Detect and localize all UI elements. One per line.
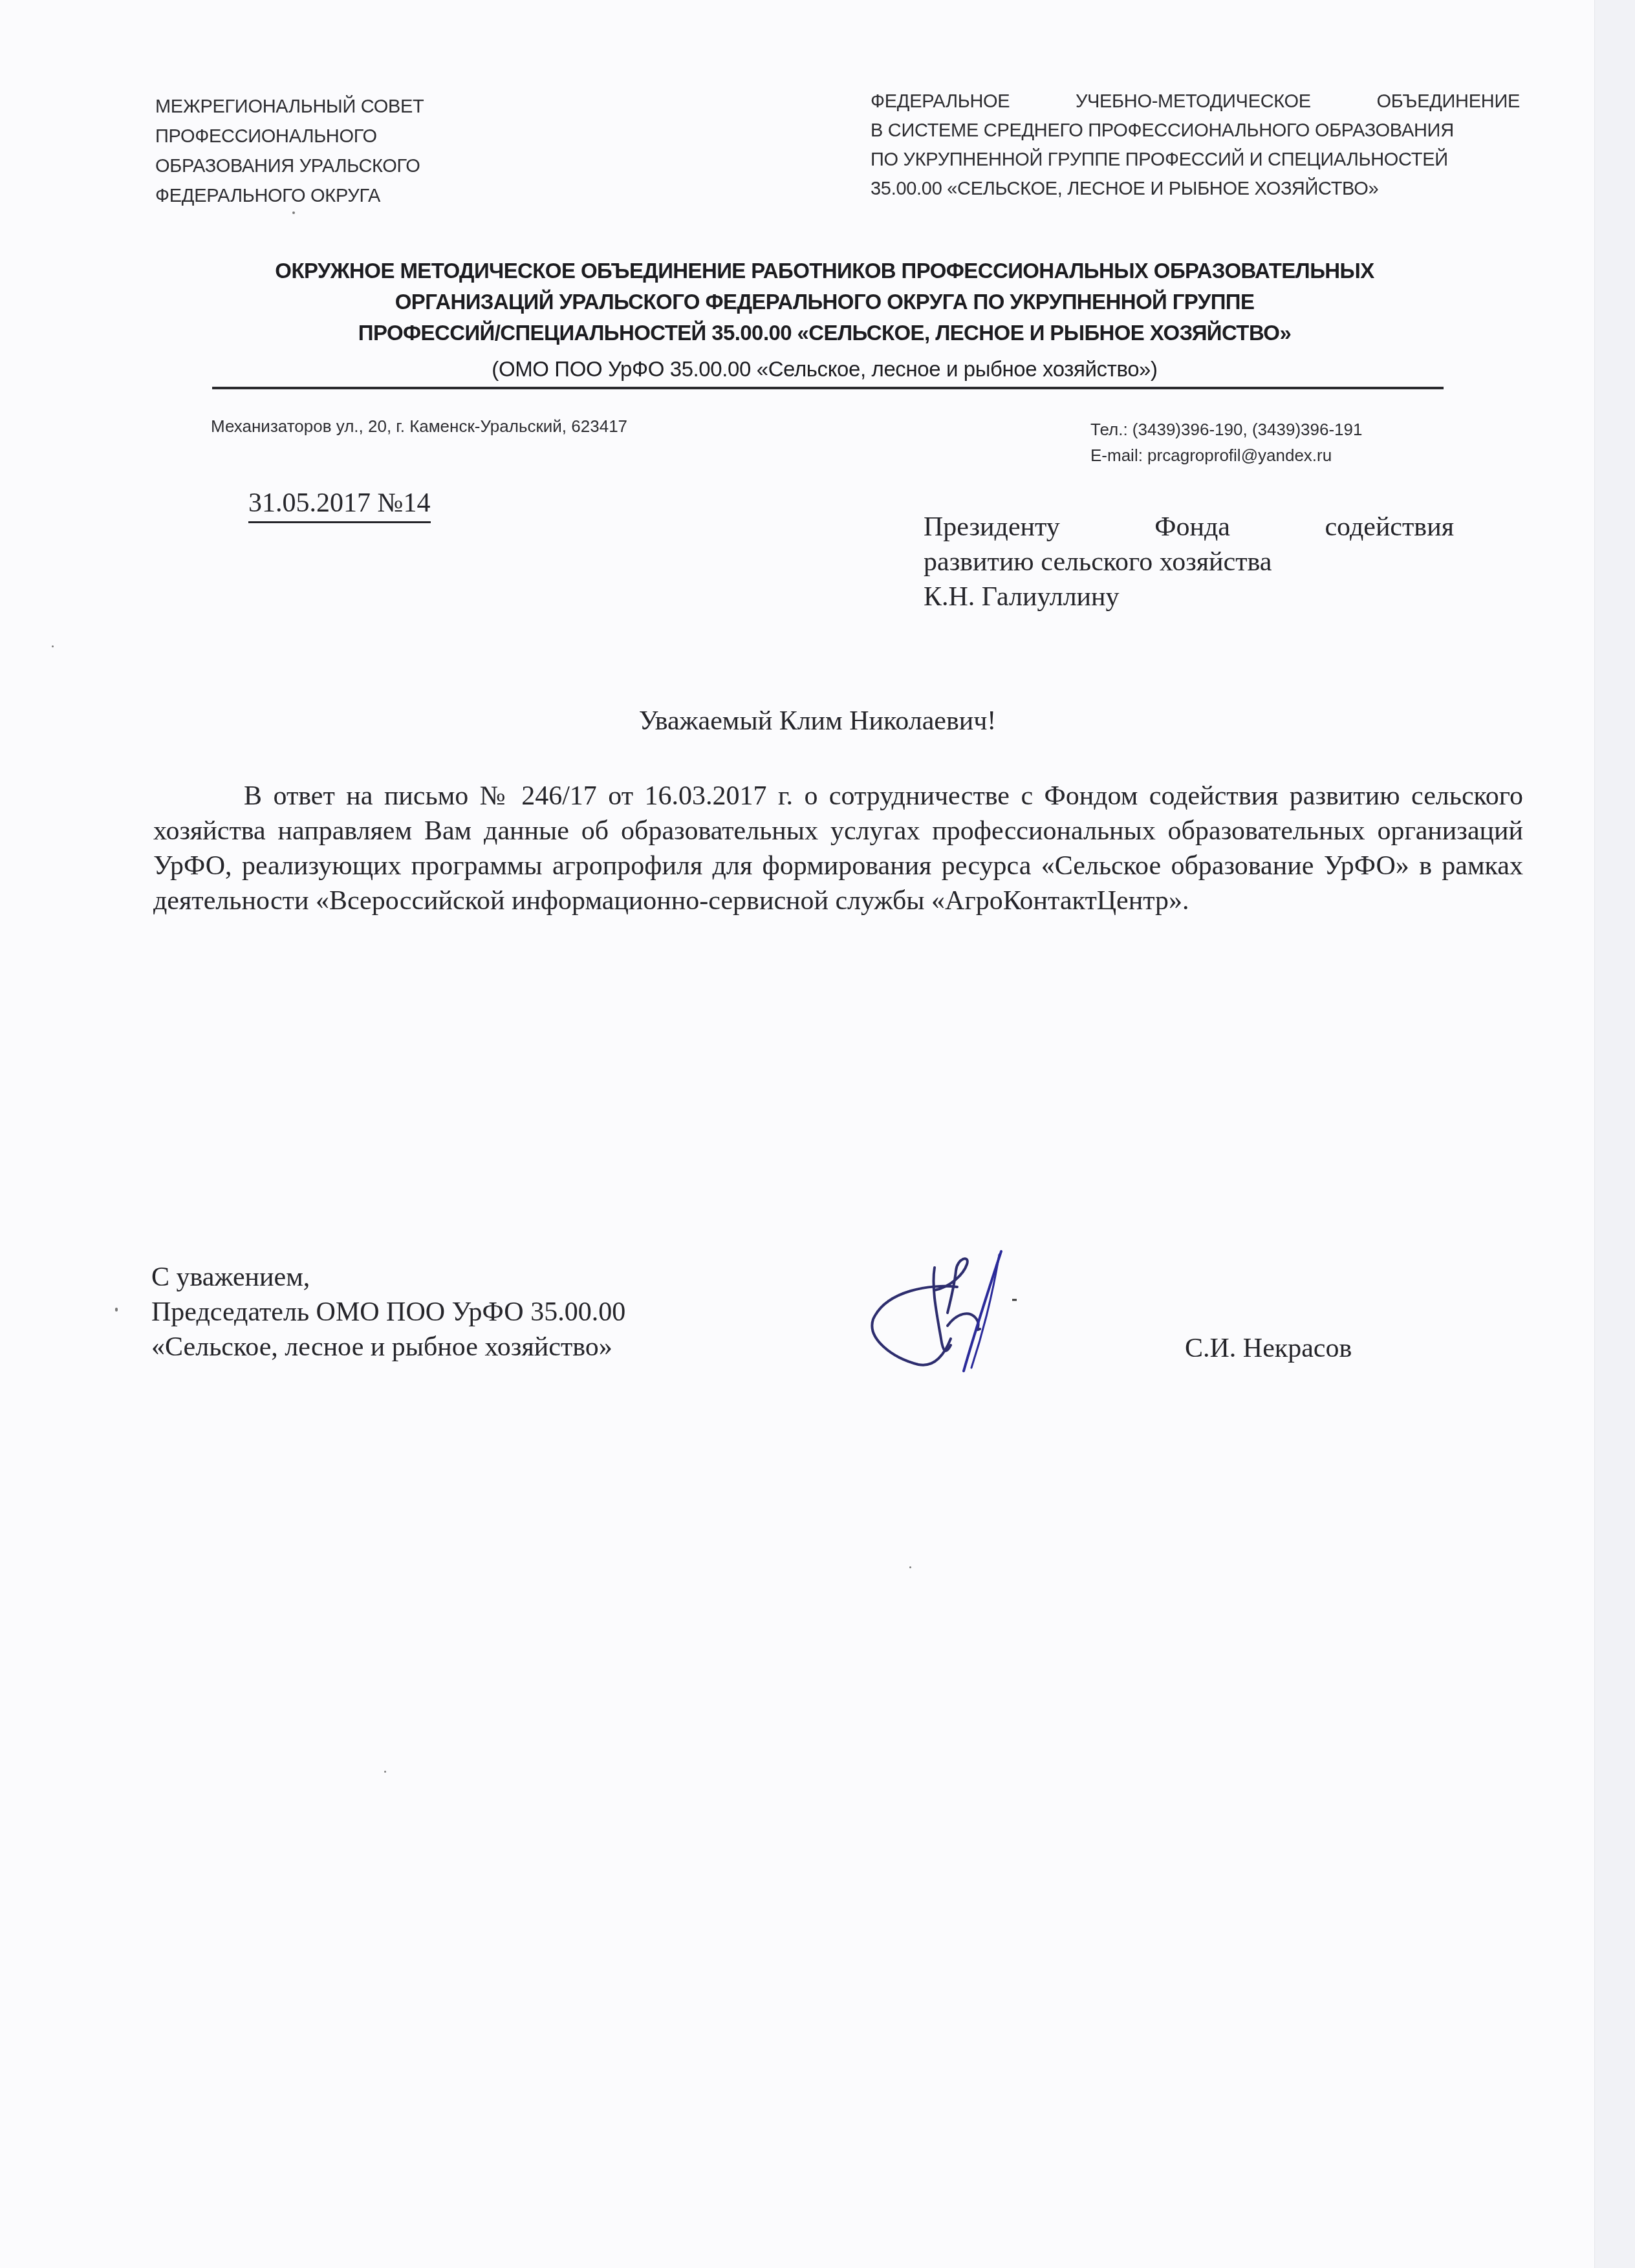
main-org-line: ОРГАНИЗАЦИЙ УРАЛЬСКОГО ФЕДЕРАЛЬНОГО ОКРУ… bbox=[194, 286, 1455, 318]
right-org-line: ФЕДЕРАЛЬНОЕ УЧЕБНО-МЕТОДИЧЕСКОЕ ОБЪЕДИНЕ… bbox=[871, 87, 1520, 116]
right-org-line: В СИСТЕМЕ СРЕДНЕГО ПРОФЕССИОНАЛЬНОГО ОБР… bbox=[871, 116, 1520, 146]
right-org-word: УЧЕБНО-МЕТОДИЧЕСКОЕ bbox=[1076, 87, 1311, 116]
main-org-abbreviation: (ОМО ПОО УрФО 35.00.00 «Сельское, лесное… bbox=[194, 354, 1455, 384]
signer-name: С.И. Некрасов bbox=[1185, 1331, 1352, 1366]
org-phone: Тел.: (3439)396-190, (3439)396-191 bbox=[1090, 416, 1362, 442]
addressee-line: Президенту Фонда содействия bbox=[924, 510, 1454, 545]
closing-line: Председатель ОМО ПОО УрФО 35.00.00 bbox=[151, 1295, 625, 1330]
right-org-line: ПО УКРУПНЕННОЙ ГРУППЕ ПРОФЕССИЙ И СПЕЦИА… bbox=[871, 146, 1520, 175]
letter-body: В ответ на письмо № 246/17 от 16.03.2017… bbox=[153, 779, 1523, 918]
main-org-line: ОКРУЖНОЕ МЕТОДИЧЕСКОЕ ОБЪЕДИНЕНИЕ РАБОТН… bbox=[194, 255, 1455, 286]
org-email: E-mail: prcagroprofil@yandex.ru bbox=[1090, 442, 1362, 468]
left-org-line: МЕЖРЕГИОНАЛЬНЫЙ СОВЕТ bbox=[155, 92, 492, 122]
letterhead-right-org: ФЕДЕРАЛЬНОЕ УЧЕБНО-МЕТОДИЧЕСКОЕ ОБЪЕДИНЕ… bbox=[871, 87, 1520, 204]
closing-block: С уважением, Председатель ОМО ПОО УрФО 3… bbox=[151, 1260, 625, 1365]
main-org-line: ПРОФЕССИЙ/СПЕЦИАЛЬНОСТЕЙ 35.00.00 «СЕЛЬС… bbox=[194, 318, 1455, 349]
addressee-word: содействия bbox=[1325, 510, 1454, 545]
scan-page-edge bbox=[1594, 0, 1635, 2268]
handwritten-signature-icon bbox=[860, 1248, 1041, 1377]
scan-speck bbox=[909, 1566, 911, 1568]
addressee-block: Президенту Фонда содействия развитию сел… bbox=[924, 510, 1454, 614]
addressee-line: К.Н. Галиуллину bbox=[924, 579, 1454, 614]
left-org-line: ОБРАЗОВАНИЯ УРАЛЬСКОГО bbox=[155, 151, 492, 181]
scan-speck bbox=[384, 1771, 386, 1773]
right-org-word: ОБЪЕДИНЕНИЕ bbox=[1376, 87, 1520, 116]
letterhead-divider bbox=[212, 387, 1444, 389]
salutation: Уважаемый Клим Николаевич! bbox=[0, 704, 1635, 739]
scan-speck bbox=[292, 211, 295, 214]
addressee-line: развитию сельского хозяйства bbox=[924, 545, 1454, 579]
closing-line: «Сельское, лесное и рыбное хозяйство» bbox=[151, 1330, 625, 1365]
letterhead-left-org: МЕЖРЕГИОНАЛЬНЫЙ СОВЕТ ПРОФЕССИОНАЛЬНОГО … bbox=[155, 92, 492, 211]
closing-line: С уважением, bbox=[151, 1260, 625, 1295]
letter-reference: 31.05.2017 №14 bbox=[248, 486, 431, 523]
right-org-line: 35.00.00 «СЕЛЬСКОЕ, ЛЕСНОЕ И РЫБНОЕ ХОЗЯ… bbox=[871, 175, 1520, 204]
left-org-line: ПРОФЕССИОНАЛЬНОГО bbox=[155, 122, 492, 151]
scan-speck bbox=[52, 645, 54, 647]
scan-speck bbox=[115, 1308, 118, 1312]
right-org-word: ФЕДЕРАЛЬНОЕ bbox=[871, 87, 1010, 116]
addressee-word: Фонда bbox=[1154, 510, 1230, 545]
addressee-word: Президенту bbox=[924, 510, 1060, 545]
main-org-title: ОКРУЖНОЕ МЕТОДИЧЕСКОЕ ОБЪЕДИНЕНИЕ РАБОТН… bbox=[194, 255, 1455, 349]
left-org-line: ФЕДЕРАЛЬНОГО ОКРУГА bbox=[155, 181, 492, 211]
org-contacts: Тел.: (3439)396-190, (3439)396-191 E-mai… bbox=[1090, 416, 1362, 468]
org-address: Механизаторов ул., 20, г. Каменск-Уральс… bbox=[211, 415, 627, 437]
